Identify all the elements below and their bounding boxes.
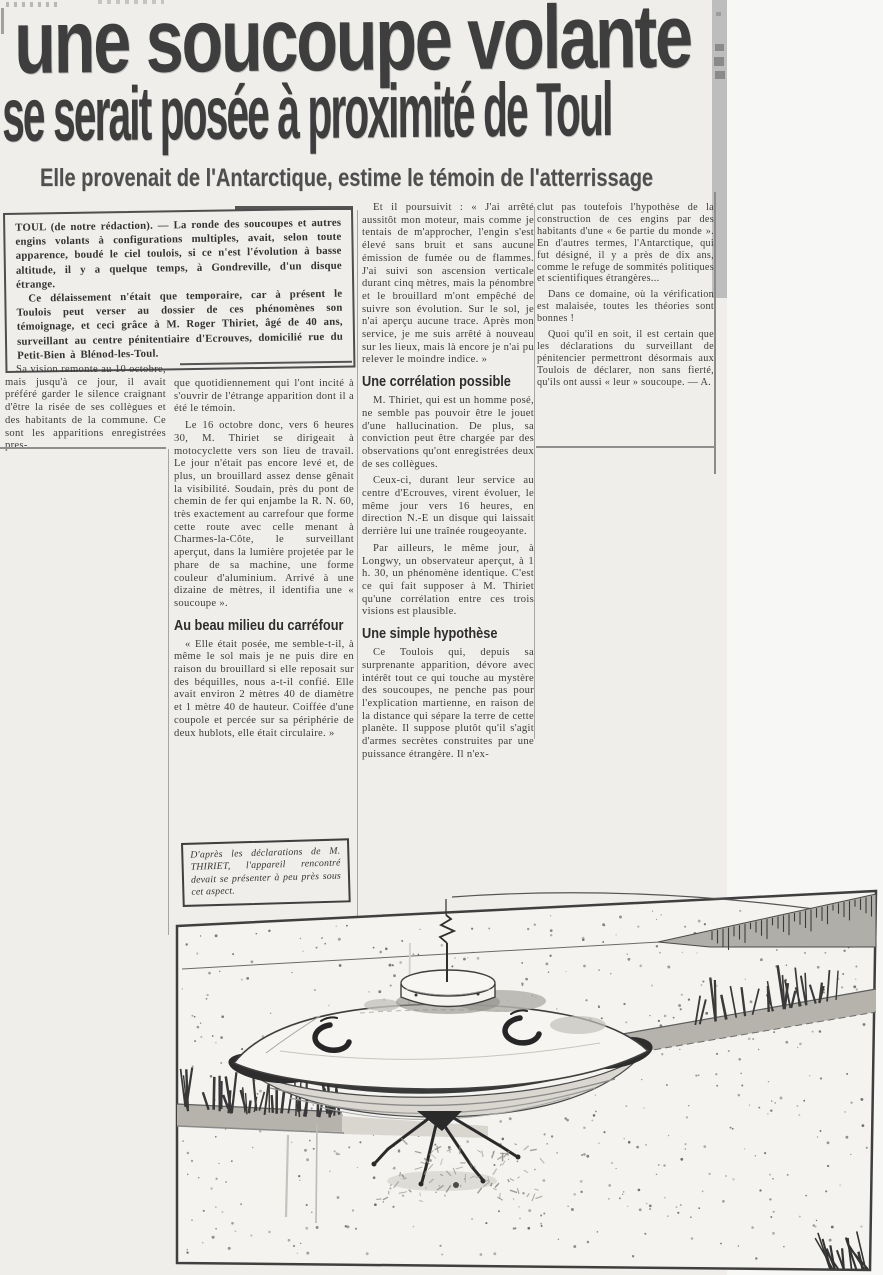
scan-speckle [1,8,4,34]
rule-under-column-4 [536,446,714,448]
newspaper-clipping: une soucoupe volante se serait posée à p… [0,0,883,1275]
body-paragraph: Dans ce domaine, où la vérification est … [537,289,714,325]
body-paragraph: « Elle était posée, me semble-t-il, à mê… [174,639,354,741]
body-paragraph: Ceux-ci, durant leur service au centre d… [362,475,534,539]
body-paragraph: clut pas toutefois l'hypothèse de la con… [537,202,714,285]
headline-line2: se serait posée à proximité de Toul [2,66,612,159]
saucer-illustration [170,885,883,1275]
ink-blob [453,1182,459,1188]
scan-mark [715,44,724,51]
section-subhead-correlation: Une corrélation possible [362,374,513,390]
column-divider [534,207,535,739]
scan-mark [715,71,725,79]
body-paragraph: Par ailleurs, le même jour, à Longwy, un… [362,543,534,619]
column-3: Et il poursuivit : « J'ai arrêté aussitô… [362,202,534,765]
column-1: Sa vision remonte au 10 octobre, mais ju… [5,364,166,457]
subheadline: Elle provenait de l'Antarctique, estime … [40,164,653,193]
rule-under-column-1 [0,447,166,449]
body-paragraph: M. Thiriet, qui est un homme posé, ne se… [362,395,534,471]
lede-paragraph: Ce délaissement n'était que temporaire, … [16,287,343,363]
body-paragraph: que quotidiennement qui l'ont incité à s… [174,378,354,416]
column-divider [168,449,169,935]
body-paragraph: Sa vision remonte au 10 octobre, mais ju… [5,364,166,453]
body-paragraph: Le 16 octobre donc, vers 6 heures 30, M.… [174,420,354,611]
section-subhead-carrefour: Au beau milieu du carréfour [174,618,332,634]
scan-mark [714,57,724,66]
lede-box: TOUL (de notre rédaction). — La ronde de… [3,208,355,374]
column-divider [357,210,358,932]
column-2: que quotidiennement qui l'ont incité à s… [174,378,354,744]
body-paragraph: Quoi qu'il en soit, il est certain que l… [537,329,714,389]
body-paragraph: Et il poursuivit : « J'ai arrêté aussitô… [362,202,534,367]
column-divider [714,192,716,474]
scan-mark [716,12,721,16]
body-paragraph: Ce Toulois qui, depuis sa surprenante ap… [362,647,534,761]
lede-paragraph: TOUL (de notre rédaction). — La ronde de… [15,216,342,292]
column-4: clut pas toutefois l'hypothèse de la con… [537,202,714,393]
section-subhead-hypothese: Une simple hypothèse [362,626,513,642]
